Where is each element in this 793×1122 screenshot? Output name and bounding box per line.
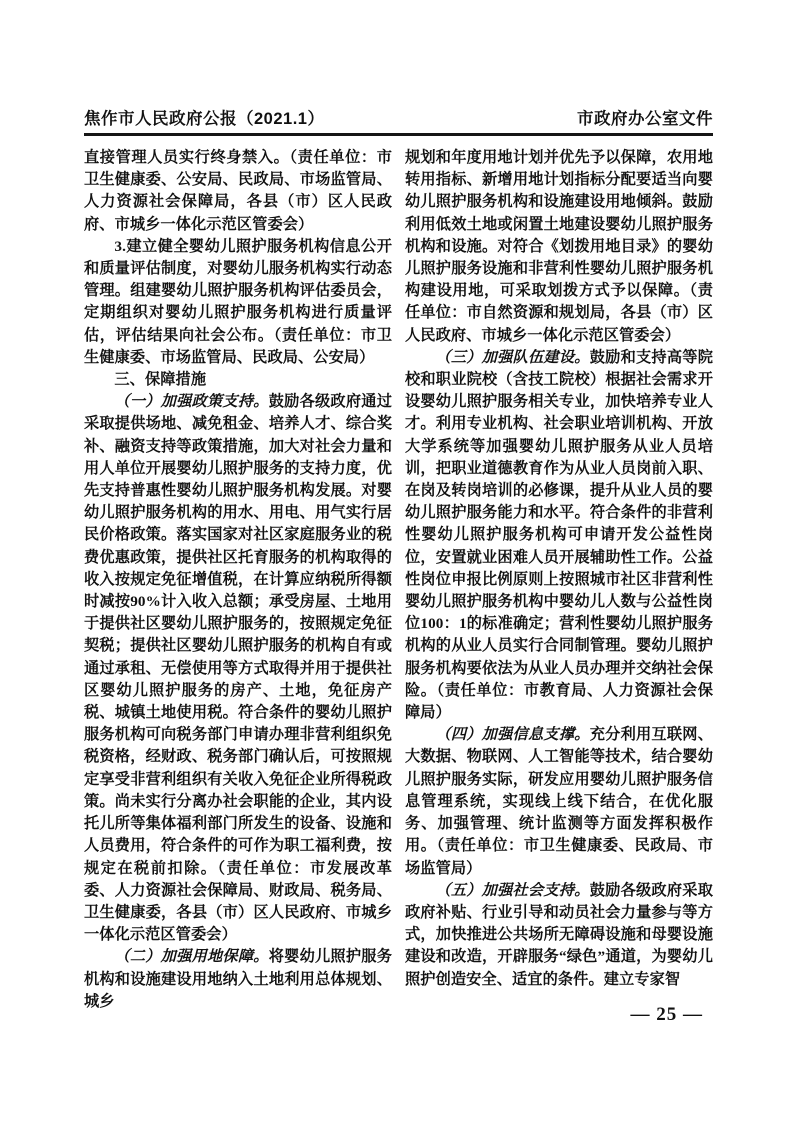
body-paragraph: （五）加强社会支持。鼓励各级政府采取政府补贴、行业引导和动员社会力量参与等方式，…	[405, 880, 713, 991]
paragraph-text: 规划和年度用地计划并优先予以保障，农用地转用指标、新增用地计划指标分配要适当向婴…	[405, 149, 713, 344]
subsection-lead: （三）加强队伍建设。	[435, 349, 589, 366]
subsection-lead: （二）加强用地保障。	[114, 948, 268, 965]
paragraph-text: 鼓励各级政府通过采取提供场地、减免租金、培养人才、综合奖补、融资支持等政策措施，…	[84, 393, 392, 943]
paragraph-text: 3.建立健全婴幼儿照护服务机构信息公开和质量评估制度，对婴幼儿服务机构实行动态管…	[84, 238, 392, 366]
subsection-lead: （一）加强政策支持。	[114, 393, 268, 410]
gazette-title: 焦作市人民政府公报（2021.1）	[84, 105, 324, 129]
page-number: — 25 —	[631, 1004, 704, 1026]
paragraph-text: 鼓励和支持高等院校和职业院校（含技工院校）根据社会需求开设婴幼儿照护服务相关专业…	[405, 349, 713, 721]
body-paragraph: （二）加强用地保障。将婴幼儿照护服务机构和设施建设用地纳入土地利用总体规划、城乡	[84, 946, 392, 1013]
body-paragraph: 规划和年度用地计划并优先予以保障，农用地转用指标、新增用地计划指标分配要适当向婴…	[405, 147, 713, 347]
body-paragraph: 3.建立健全婴幼儿照护服务机构信息公开和质量评估制度，对婴幼儿服务机构实行动态管…	[84, 236, 392, 369]
paragraph-text: 充分利用互联网、大数据、物联网、人工智能等技术，结合婴幼儿照护服务实际，研发应用…	[405, 726, 713, 876]
left-column: 直接管理人员实行终身禁入。（责任单位：市卫生健康委、公安局、民政局、市场监管局、…	[84, 147, 392, 1013]
document-category-label: 市政府办公室文件	[577, 105, 713, 129]
paragraph-text: 直接管理人员实行终身禁入。（责任单位：市卫生健康委、公安局、民政局、市场监管局、…	[84, 149, 392, 233]
page-header: 焦作市人民政府公报（2021.1） 市政府办公室文件	[84, 105, 713, 129]
section-heading: 三、保障措施	[84, 369, 392, 391]
body-paragraph: 直接管理人员实行终身禁入。（责任单位：市卫生健康委、公安局、民政局、市场监管局、…	[84, 147, 392, 236]
body-paragraph: （四）加强信息支撑。充分利用互联网、大数据、物联网、人工智能等技术，结合婴幼儿照…	[405, 724, 713, 879]
subsection-lead: （五）加强社会支持。	[435, 882, 589, 899]
subsection-lead: （四）加强信息支撑。	[435, 726, 589, 743]
body-paragraph: （三）加强队伍建设。鼓励和支持高等院校和职业院校（含技工院校）根据社会需求开设婴…	[405, 347, 713, 724]
right-column: 规划和年度用地计划并优先予以保障，农用地转用指标、新增用地计划指标分配要适当向婴…	[405, 147, 713, 1013]
body-paragraph: （一）加强政策支持。鼓励各级政府通过采取提供场地、减免租金、培养人才、综合奖补、…	[84, 391, 392, 946]
header-rule	[84, 133, 713, 136]
document-page: 焦作市人民政府公报（2021.1） 市政府办公室文件 直接管理人员实行终身禁入。…	[0, 0, 793, 1122]
document-body: 直接管理人员实行终身禁入。（责任单位：市卫生健康委、公安局、民政局、市场监管局、…	[84, 147, 713, 1013]
